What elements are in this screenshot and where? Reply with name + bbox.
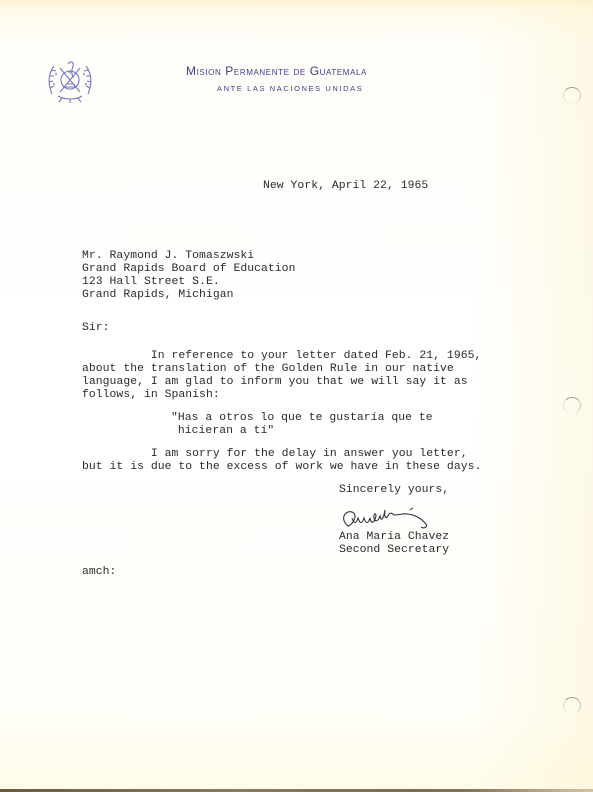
body-line: about the translation of the Golden Rule… [82, 363, 454, 376]
signer-title: Second Secretary [339, 544, 449, 557]
letter-page: Mision Permanente de Guatemala ANTE LAS … [0, 0, 593, 792]
closing: Sincerely yours, [339, 484, 449, 497]
punch-hole-icon [563, 87, 581, 104]
body-line: language, I am glad to inform you that w… [82, 376, 468, 389]
quote-line: hicieran a tí" [171, 425, 274, 438]
punch-hole-icon [563, 697, 581, 714]
letterhead-subtitle: ANTE LAS NACIONES UNIDAS [217, 84, 363, 93]
typist-initials: amch: [82, 566, 116, 579]
body-line: follows, in Spanish: [82, 389, 220, 402]
recipient-line: Grand Rapids, Michigan [82, 289, 233, 302]
quote-line: "Has a otros lo que te gustaría que te [171, 412, 433, 425]
recipient-line: 123 Hall Street S.E. [82, 276, 220, 289]
body-line: but it is due to the excess of work we h… [82, 461, 481, 474]
recipient-line: Mr. Raymond J. Tomaszwski [82, 250, 254, 263]
date-line: New York, April 22, 1965 [263, 180, 428, 193]
punch-hole-icon [563, 397, 581, 414]
body-line: In reference to your letter dated Feb. 2… [82, 350, 481, 363]
body-line: I am sorry for the delay in answer you l… [82, 448, 468, 461]
letterhead-title: Mision Permanente de Guatemala [186, 64, 367, 78]
signer-name: Ana Maria Chavez [339, 531, 449, 544]
salutation: Sir: [82, 322, 110, 335]
recipient-line: Grand Rapids Board of Education [82, 263, 295, 276]
coat-of-arms-icon [44, 54, 96, 106]
